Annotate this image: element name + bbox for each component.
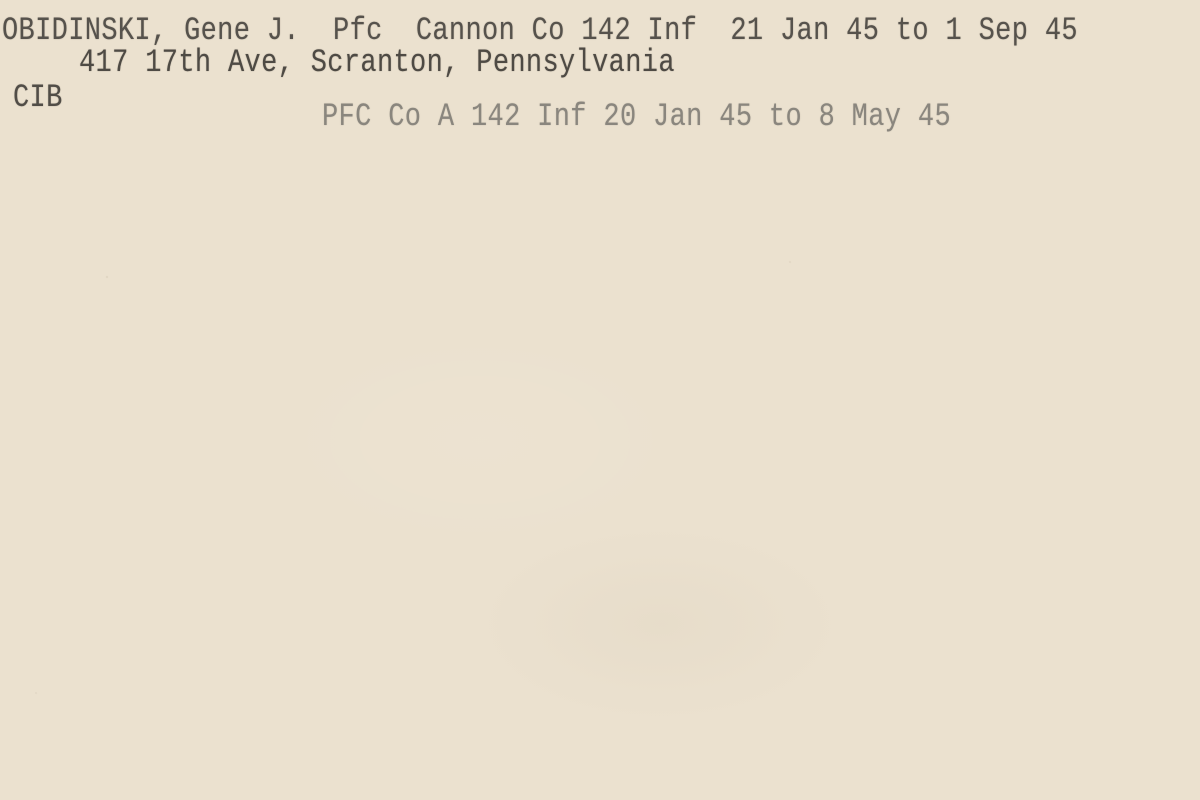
award-notation-cib: CIB — [13, 83, 63, 115]
service-line-name-rank-unit-dates: OBIDINSKI, Gene J. Pfc Cannon Co 142 Inf… — [2, 16, 1078, 48]
address-line: 417 17th Ave, Scranton, Pennsylvania — [79, 48, 675, 80]
service-record-card: OBIDINSKI, Gene J. Pfc Cannon Co 142 Inf… — [0, 0, 1200, 800]
secondary-service-line: PFC Co A 142 Inf 20 Jan 45 to 8 May 45 — [322, 102, 951, 134]
